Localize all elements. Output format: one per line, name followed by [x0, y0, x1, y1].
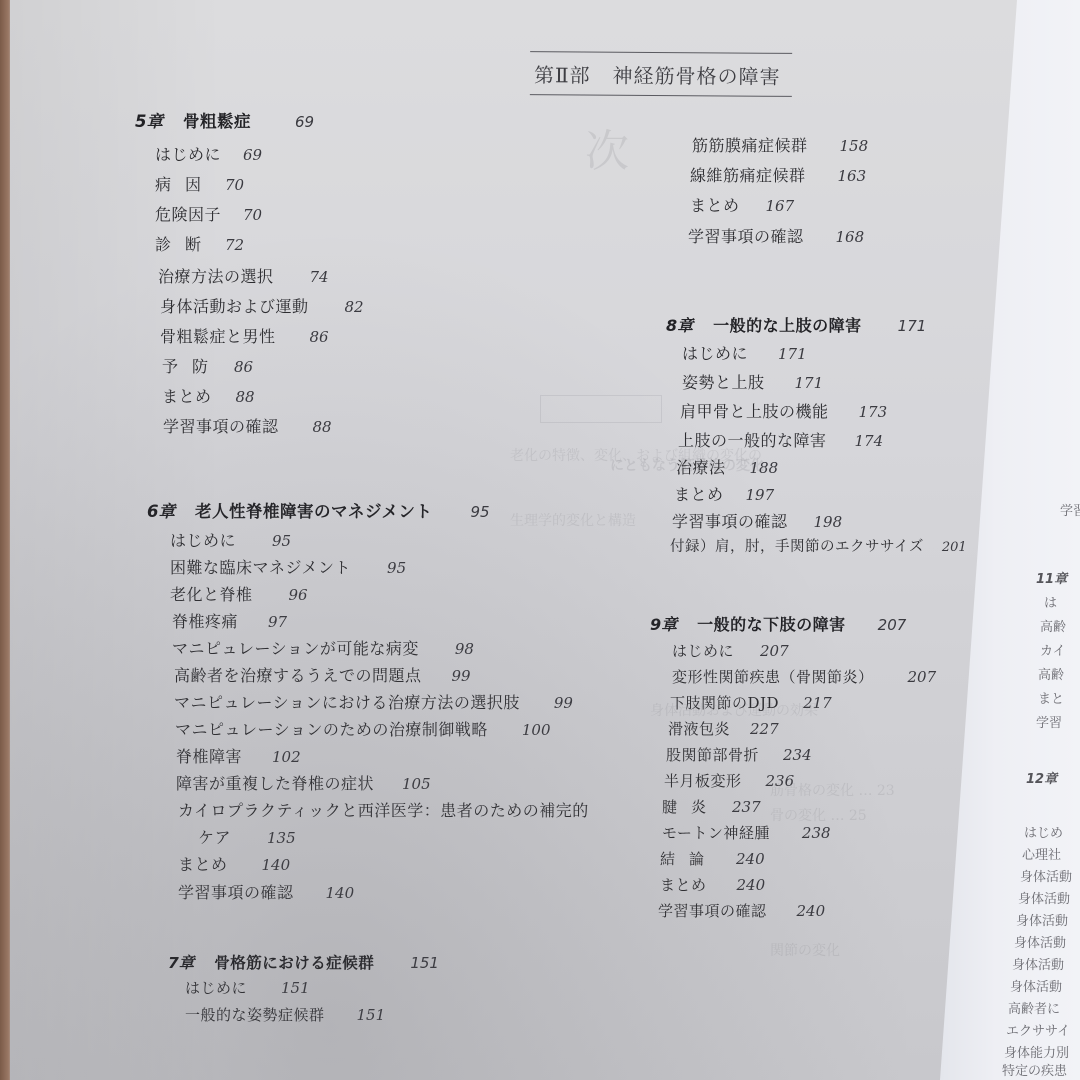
next-page-text: 身体活動 — [1016, 910, 1068, 929]
section-title: 予防 — [162, 354, 222, 377]
section-title: 上肢の一般的な障害 — [678, 428, 827, 451]
page-number: 207 — [878, 616, 907, 634]
section-title: 姿勢と上肢 — [682, 370, 765, 393]
page-number: 240 — [797, 902, 826, 920]
toc-section[interactable]: モートン神経腫 238 — [662, 822, 831, 843]
page-number: 100 — [522, 721, 551, 739]
page-number: 102 — [272, 748, 301, 766]
page-number: 240 — [737, 876, 766, 894]
page-number: 207 — [760, 642, 789, 660]
toc-section[interactable]: 骨粗鬆症と男性 86 — [160, 324, 329, 347]
next-page-text: 高齢 — [1038, 664, 1064, 683]
page-number: 95 — [471, 503, 490, 521]
toc-page: 次 にともなう筋骨格の変化 老化の特徴、変化、および組織の変化の 生理学的変化と… — [10, 0, 1080, 1080]
section-title: はじめに — [155, 142, 221, 165]
section-title: 学習事項の確認 — [163, 414, 279, 437]
next-page-text: まと — [1038, 688, 1064, 707]
section-title: はじめに — [185, 977, 247, 998]
next-page-text: 学習 — [1036, 712, 1062, 731]
section-title: 治療方法の選択 — [158, 264, 274, 287]
section-title: はじめに — [682, 341, 748, 364]
toc-section[interactable]: 線維筋痛症候群 163 — [690, 163, 866, 186]
toc-section[interactable]: 上肢の一般的な障害 174 — [678, 428, 883, 451]
page-number: 105 — [402, 775, 431, 793]
toc-section[interactable]: 結論 240 — [660, 848, 765, 869]
toc-section[interactable]: 学習事項の確認 198 — [672, 509, 842, 532]
section-title: 身体活動および運動 — [160, 294, 309, 317]
next-page-chapter-11: 11章 — [1036, 568, 1067, 587]
toc-section[interactable]: はじめに 69 — [155, 142, 262, 165]
page-number: 236 — [766, 772, 795, 790]
section-title: 線維筋痛症候群 — [690, 163, 806, 186]
section-title: 筋筋膜痛症候群 — [692, 133, 808, 156]
bleed-through-text — [540, 395, 662, 423]
section-title: 老化と脊椎 — [170, 582, 253, 605]
chapter-number: 7章 — [168, 951, 194, 973]
section-title: まとめ — [674, 482, 724, 505]
next-page-text: 身体活動 — [1010, 976, 1062, 995]
section-title: はじめに — [170, 528, 236, 551]
page-number: 234 — [783, 746, 812, 764]
toc-section[interactable]: 診断 72 — [155, 232, 244, 255]
toc-section[interactable]: マニピュレーションにおける治療方法の選択肢 99 — [174, 690, 573, 713]
bleed-through-text: 関節の変化 — [770, 940, 840, 960]
toc-section[interactable]: 困難な臨床マネジメント 95 — [170, 555, 406, 578]
toc-section[interactable]: 一般的な姿勢症候群 151 — [185, 1004, 385, 1025]
toc-section[interactable]: 学習事項の確認 168 — [688, 224, 864, 247]
toc-chapter-6[interactable]: 6章 老人性脊椎障害のマネジメント 95 — [147, 498, 490, 522]
chapter-title: 骨粗鬆症 — [183, 108, 251, 132]
section-title: 危険因子 — [155, 202, 221, 225]
next-page-text: 高齢者に — [1008, 998, 1060, 1017]
toc-section[interactable]: 予防 86 — [162, 354, 253, 377]
page-number: 140 — [262, 856, 291, 874]
page-number: 99 — [452, 667, 471, 685]
page-number: 174 — [855, 432, 884, 450]
toc-section[interactable]: カイロプラクティックと西洋医学：患者のための補完的 — [178, 798, 589, 821]
page-number: 69 — [243, 146, 262, 164]
page-number: 167 — [766, 197, 795, 215]
section-title: 骨粗鬆症と男性 — [160, 324, 276, 347]
page-number: 151 — [357, 1006, 386, 1024]
next-page-text: カイ — [1040, 640, 1066, 659]
page-number: 86 — [234, 358, 253, 376]
toc-section[interactable]: 脊椎疼痛 97 — [172, 609, 287, 632]
toc-section[interactable]: 障害が重複した脊椎の症状 105 — [176, 771, 431, 794]
page-number: 99 — [554, 694, 573, 712]
page-number: 72 — [225, 236, 244, 254]
section-title: 高齢者を治療するうえでの問題点 — [174, 663, 422, 686]
page-number: 95 — [272, 532, 291, 550]
page-number: 140 — [326, 884, 355, 902]
next-page-text: 身体活動 — [1014, 932, 1066, 951]
toc-section[interactable]: 変形性関節疾患（骨関節炎） 207 — [672, 666, 936, 687]
page-number: 171 — [795, 374, 824, 392]
page-number: 135 — [267, 829, 296, 847]
toc-section[interactable]: 治療方法の選択 74 — [158, 264, 329, 287]
next-page-text: 身体活動 — [1012, 954, 1064, 973]
toc-section[interactable]: 病因 70 — [155, 172, 244, 195]
page-number: 207 — [908, 668, 937, 686]
next-page-text: は — [1044, 592, 1057, 611]
section-title: マニピュレーションのための治療制御戦略 — [175, 717, 488, 740]
section-title: 学習事項の確認 — [178, 880, 294, 903]
section-title: 脊椎疼痛 — [172, 609, 238, 632]
toc-section[interactable]: 脊椎障害 102 — [176, 744, 301, 767]
next-page-chapter-12: 12章 — [1026, 768, 1057, 787]
toc-section[interactable]: まとめ 240 — [660, 874, 765, 895]
toc-chapter-8[interactable]: 8章 一般的な上肢の障害 171 — [666, 313, 926, 336]
next-page-text: 身体活動 — [1018, 888, 1070, 907]
page-number: 151 — [281, 979, 310, 997]
toc-section[interactable]: まとめ 88 — [162, 384, 255, 407]
part-header: 第Ⅱ部 神経筋骨格の障害 — [530, 51, 792, 97]
section-title: まとめ — [660, 874, 707, 895]
toc-chapter-9[interactable]: 9章 一般的な下肢の障害 207 — [650, 612, 906, 635]
toc-section[interactable]: はじめに 95 — [170, 528, 291, 551]
section-title: 肩甲骨と上肢の機能 — [680, 399, 829, 422]
toc-section[interactable]: 学習事項の確認 88 — [163, 414, 332, 437]
section-title: 滑液包炎 — [668, 718, 730, 739]
page-number: 96 — [289, 586, 308, 604]
section-title: モートン神経腫 — [662, 822, 770, 843]
page-number: 197 — [746, 486, 775, 504]
next-page-text: 身体活動 — [1020, 866, 1072, 885]
toc-section[interactable]: はじめに 207 — [672, 640, 789, 661]
page-number: 98 — [455, 640, 474, 658]
page-number: 168 — [836, 228, 865, 246]
section-title: まとめ — [162, 384, 212, 407]
section-title: マニピュレーションにおける治療方法の選択肢 — [174, 690, 520, 713]
page-number: 70 — [243, 206, 262, 224]
part-number: 第Ⅱ部 — [534, 59, 591, 88]
section-title: 腱炎 — [662, 796, 720, 817]
page-number: 173 — [859, 403, 888, 421]
toc-section[interactable]: 高齢者を治療するうえでの問題点 99 — [174, 663, 471, 686]
section-title: 股関節部骨折 — [666, 744, 759, 765]
section-title: 学習事項の確認 — [688, 224, 804, 247]
section-title: まとめ — [178, 852, 228, 875]
section-title: 下肢関節のDJD — [670, 692, 779, 713]
page-number: 74 — [310, 268, 329, 286]
chapter-title: 一般的な上肢の障害 — [713, 313, 862, 336]
next-page-text: 特定の疾患 — [1002, 1060, 1067, 1079]
page-number: 227 — [750, 720, 779, 738]
next-page-text: 学習 — [1060, 500, 1080, 519]
page-number: 240 — [736, 850, 765, 868]
next-page-text: 高齢 — [1040, 616, 1066, 635]
chapter-title: 一般的な下肢の障害 — [697, 612, 846, 635]
toc-section[interactable]: 身体活動および運動 82 — [160, 294, 364, 317]
page-number: 237 — [732, 798, 761, 816]
next-page-text: はじめ — [1024, 822, 1063, 841]
toc-section[interactable]: 学習事項の確認 240 — [658, 900, 825, 921]
page-number: 238 — [802, 824, 831, 842]
page-number: 158 — [840, 137, 869, 155]
toc-section[interactable]: 股関節部骨折 234 — [666, 744, 812, 765]
page-number: 201 — [942, 540, 967, 555]
toc-section[interactable]: 付録）肩，肘，手関節のエクササイズ 201 — [670, 535, 967, 556]
toc-section[interactable]: 半月板変形 236 — [664, 770, 794, 791]
chapter-title: 老人性脊椎障害のマネジメント — [195, 498, 433, 522]
next-page-text: 身体能力別 — [1004, 1042, 1069, 1061]
section-title: 結論 — [660, 848, 718, 869]
toc-section[interactable]: 治療法 188 — [676, 455, 778, 478]
section-title: 学習事項の確認 — [658, 900, 767, 921]
page-number: 171 — [778, 345, 807, 363]
page-number: 217 — [803, 694, 832, 712]
toc-section[interactable]: 老化と脊椎 96 — [170, 582, 308, 605]
toc-section[interactable]: はじめに 171 — [682, 341, 807, 364]
toc-section[interactable]: まとめ 140 — [178, 852, 290, 875]
page-number: 70 — [225, 176, 244, 194]
toc-chapter-7[interactable]: 7章 骨格筋における症候群 151 — [168, 951, 439, 973]
toc-section-continuation[interactable]: ケア 135 — [198, 825, 296, 848]
section-title: 一般的な姿勢症候群 — [185, 1004, 325, 1025]
section-title: 病因 — [155, 172, 215, 195]
section-title: 障害が重複した脊椎の症状 — [176, 771, 374, 794]
page-number: 88 — [313, 418, 332, 436]
next-page-text: エクササイ — [1006, 1020, 1070, 1039]
toc-section[interactable]: 下肢関節のDJD 217 — [670, 692, 832, 713]
page-number: 88 — [236, 388, 255, 406]
page-number: 188 — [750, 459, 779, 477]
toc-section[interactable]: まとめ 197 — [674, 482, 774, 505]
toc-section[interactable]: 学習事項の確認 140 — [178, 880, 354, 903]
chapter-number: 6章 — [147, 498, 175, 522]
toc-section[interactable]: 滑液包炎 227 — [668, 718, 779, 739]
page-number: 198 — [814, 513, 843, 531]
bleed-through-text: 生理学的変化と構造 — [510, 510, 636, 530]
page-number: 82 — [345, 298, 364, 316]
next-page-text: 心理社 — [1022, 844, 1061, 863]
page-number: 86 — [310, 328, 329, 346]
section-title: ケア — [198, 825, 231, 848]
section-title: 脊椎障害 — [176, 744, 242, 767]
section-title: マニピュレーションが可能な病変 — [172, 636, 419, 659]
section-title: 変形性関節疾患（骨関節炎） — [672, 666, 874, 687]
part-title: 神経筋骨格の障害 — [612, 59, 780, 89]
toc-section[interactable]: マニピュレーションが可能な病変 98 — [172, 636, 474, 659]
page-number: 95 — [387, 559, 406, 577]
page-number: 163 — [838, 167, 867, 185]
section-title: カイロプラクティックと西洋医学：患者のための補完的 — [178, 798, 589, 821]
toc-section[interactable]: 腱炎 237 — [662, 796, 761, 817]
toc-section[interactable]: はじめに 151 — [185, 977, 310, 998]
toc-section[interactable]: 危険因子 70 — [155, 202, 262, 225]
page-number: 69 — [295, 113, 314, 131]
page-number: 151 — [410, 954, 439, 972]
section-title: 半月板変形 — [664, 770, 742, 791]
toc-chapter-5[interactable]: 5章 骨粗鬆症 69 — [135, 108, 314, 132]
section-title: 困難な臨床マネジメント — [170, 555, 351, 578]
page-number: 171 — [898, 317, 927, 335]
chapter-number: 9章 — [650, 612, 677, 635]
section-title: はじめに — [672, 640, 734, 661]
toc-section[interactable]: 肩甲骨と上肢の機能 173 — [680, 399, 887, 422]
section-title: まとめ — [690, 193, 740, 216]
bleed-through-text: 次 — [585, 115, 629, 179]
chapter-number: 8章 — [666, 313, 693, 336]
toc-section[interactable]: 筋筋膜痛症候群 158 — [692, 133, 868, 156]
page-number: 97 — [268, 613, 287, 631]
chapter-title: 骨格筋における症候群 — [214, 951, 374, 973]
section-title: 付録）肩，肘，手関節のエクササイズ — [670, 535, 924, 556]
section-title: 診断 — [155, 232, 215, 255]
chapter-number: 5章 — [135, 108, 163, 132]
toc-section[interactable]: マニピュレーションのための治療制御戦略 100 — [175, 717, 551, 740]
section-title: 学習事項の確認 — [672, 509, 788, 532]
section-title: 治療法 — [676, 455, 726, 478]
toc-section[interactable]: 姿勢と上肢 171 — [682, 370, 823, 393]
toc-section[interactable]: まとめ 167 — [690, 193, 794, 216]
